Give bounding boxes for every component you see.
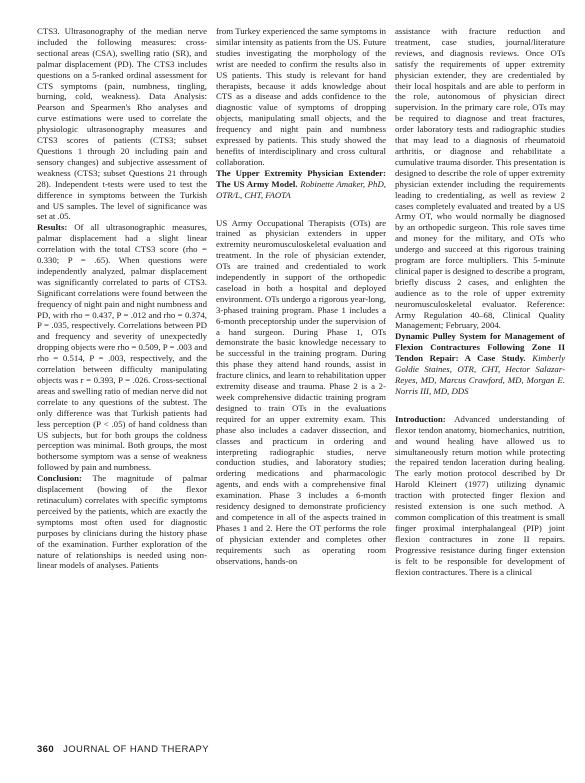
introduction-label: Introduction: bbox=[395, 414, 446, 424]
abstract-heading-army-model: The Upper Extremity Physician Extender: … bbox=[216, 168, 386, 201]
body-text: assistance with fracture reduction and t… bbox=[395, 26, 565, 330]
abstract-continuation-paragraph: CTS3. Ultrasonography of the median nerv… bbox=[37, 26, 207, 222]
results-paragraph: Results: Of all ultrasonographic measure… bbox=[37, 222, 207, 473]
abstract-heading-dynamic-pulley: Dynamic Pulley System for Management of … bbox=[395, 331, 565, 396]
page-number: 360 bbox=[37, 744, 54, 755]
conclusion-text: The magnitude of palmar displacement (bo… bbox=[37, 473, 207, 570]
body-text: US Army Occupational Therapists (OTs) ar… bbox=[216, 218, 386, 566]
body-text: CTS3. Ultrasonography of the median nerv… bbox=[37, 26, 207, 221]
abstract-body-paragraph: US Army Occupational Therapists (OTs) ar… bbox=[216, 218, 386, 567]
page-footer: 360 JOURNAL OF HAND THERAPY bbox=[37, 744, 209, 755]
abstract-columns: CTS3. Ultrasonography of the median nerv… bbox=[37, 26, 565, 577]
journal-page: CTS3. Ultrasonography of the median nerv… bbox=[0, 0, 585, 783]
results-text: Of all ultrasonographic measures, palmar… bbox=[37, 222, 207, 472]
column-1: CTS3. Ultrasonography of the median nerv… bbox=[37, 26, 207, 577]
introduction-paragraph: Introduction: Advanced understanding of … bbox=[395, 414, 565, 578]
introduction-text: Advanced understanding of flexor tendon … bbox=[395, 414, 565, 577]
abstract-continuation-paragraph: assistance with fracture reduction and t… bbox=[395, 26, 565, 331]
abstract-continuation-paragraph: from Turkey experienced the same symptom… bbox=[216, 26, 386, 168]
column-3: assistance with fracture reduction and t… bbox=[395, 26, 565, 577]
body-text: from Turkey experienced the same symptom… bbox=[216, 26, 386, 167]
results-label: Results: bbox=[37, 222, 67, 232]
journal-title: JOURNAL OF HAND THERAPY bbox=[63, 744, 209, 755]
conclusion-label: Conclusion: bbox=[37, 473, 82, 483]
column-2: from Turkey experienced the same symptom… bbox=[216, 26, 386, 577]
conclusion-paragraph: Conclusion: The magnitude of palmar disp… bbox=[37, 473, 207, 571]
